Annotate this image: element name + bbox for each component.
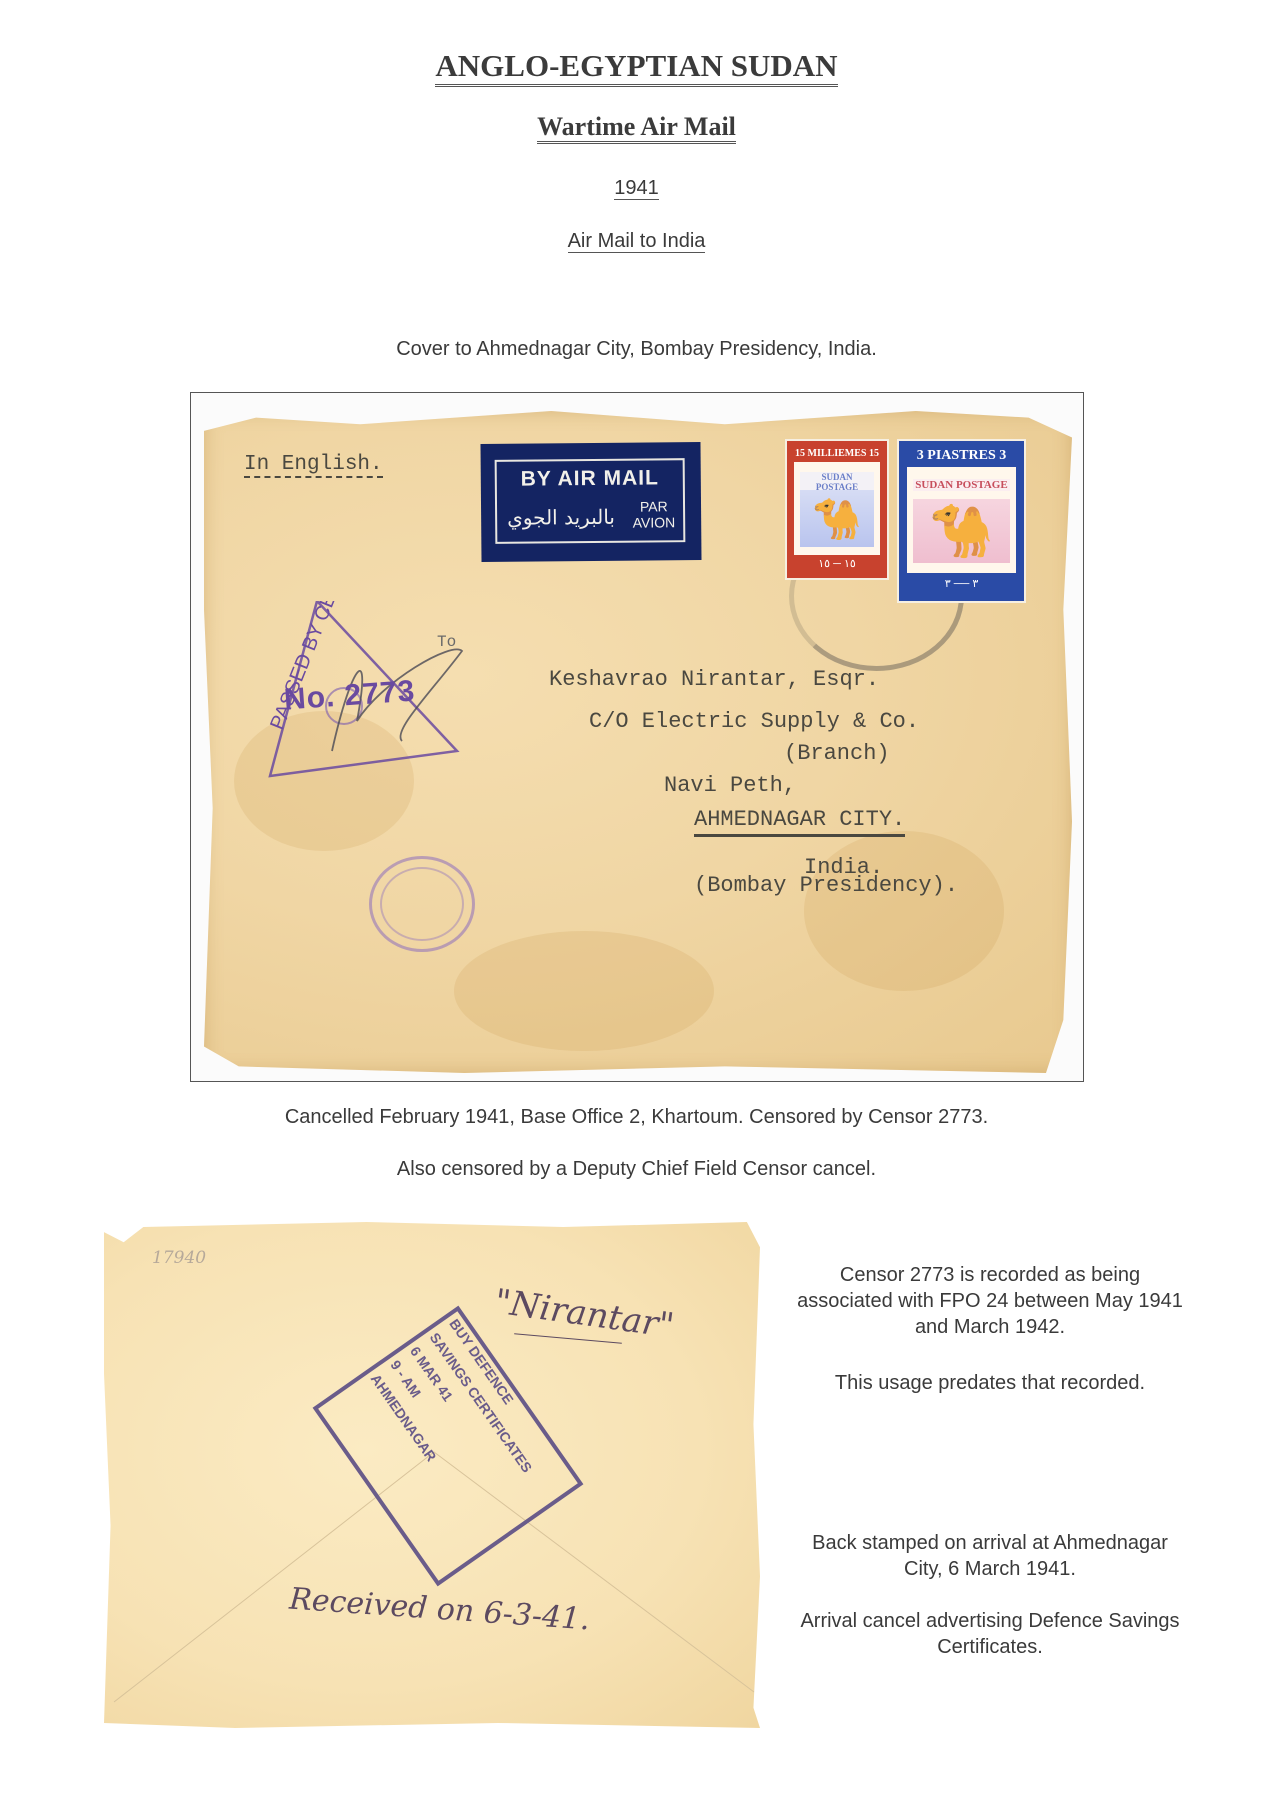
svg-text:To: To [437,633,456,651]
note-back-stamp: Back stamped on arrival at Ahmednagar Ci… [795,1530,1185,1582]
note-arrival-cancel: Arrival cancel advertising Defence Savin… [795,1608,1185,1660]
stamp-header: 3 PIASTRES 3 [905,447,1018,467]
year-heading: 1941 [0,177,1273,200]
field-censor-round-mark [369,856,475,952]
page-subtitle-text: Wartime Air Mail [537,113,736,144]
pencil-note: 17940 [152,1248,206,1268]
stamp-header: 15 MILLIEMES 15 [792,446,882,462]
stain [454,931,714,1051]
cover-caption: Cover to Ahmednagar City, Bombay Preside… [0,338,1273,361]
front-caption: Also censored by a Deputy Chief Field Ce… [0,1158,1273,1181]
stamp-value: 15 [795,448,805,459]
airmail-label-border: BY AIR MAIL بالبريد الجوي PAR AVION [495,458,686,544]
stamp-value: 3 [917,448,924,463]
back-cover-envelope: 17940 "Nirantar" BUY DEFENCE SAVINGS CER… [104,1222,760,1728]
address-line: C/O Electric Supply & Co. [589,709,919,734]
stamp-denomination: MILLIEMES [808,448,867,459]
stamp-footer: ١٥ ─ ١٥ [792,555,882,573]
airmail-avion: AVION [633,514,676,530]
airmail-main-text: BY AIR MAIL [497,466,683,492]
typed-note: In English. [244,453,383,478]
address-line: Keshavrao Nirantar, Esqr. [549,667,879,692]
stamp-scene: 🐪 [800,490,874,547]
route-text: Air Mail to India [568,230,706,253]
airmail-french-text: PAR AVION [632,498,675,531]
airmail-label: BY AIR MAIL بالبريد الجوي PAR AVION [480,442,701,562]
stamp-scene: 🐪 [913,499,1010,563]
front-cover-frame: In English. BY AIR MAIL بالبريد الجوي PA… [190,392,1084,1082]
page-title-text: ANGLO-EGYPTIAN SUDAN [435,50,837,87]
front-cover-envelope: In English. BY AIR MAIL بالبريد الجوي PA… [204,411,1072,1073]
camel-postman-icon: 🐪 [812,495,862,542]
camel-postman-icon: 🐪 [929,501,994,562]
address-line: Navi Peth, [664,773,796,798]
address-line: (Bombay Presidency). [694,873,958,898]
stamp-banner: SUDAN POSTAGE [800,472,874,492]
address-city: AHMEDNAGAR CITY. [694,807,905,837]
stamp-footer: ٣ ── ٣ [905,573,1018,595]
front-caption: Cancelled February 1941, Base Office 2, … [0,1106,1273,1129]
stamp-value: 3 [999,448,1006,463]
stamp-banner: SUDAN POSTAGE [913,479,1010,491]
page-subtitle: Wartime Air Mail [0,112,1273,144]
stamp-15-milliemes: 15 MILLIEMES 15 SUDAN POSTAGE 🐪 ١٥ ─ ١٥ [787,441,887,578]
note-predates: This usage predates that recorded. [795,1370,1185,1396]
stamp-value: 15 [869,448,879,459]
airmail-arabic-text: بالبريد الجوي [507,505,615,530]
year-text: 1941 [614,177,659,200]
note-censor-record: Censor 2773 is recorded as being associa… [795,1262,1185,1340]
stamp-3-piastres: 3 PIASTRES 3 SUDAN POSTAGE 🐪 ٣ ── ٣ [899,441,1024,601]
airmail-par: PAR [632,498,675,514]
address-line: (Branch) [784,741,890,766]
page-title: ANGLO-EGYPTIAN SUDAN [0,48,1273,87]
stamp-denomination: PIASTRES [927,448,995,463]
route-heading: Air Mail to India [0,230,1273,253]
